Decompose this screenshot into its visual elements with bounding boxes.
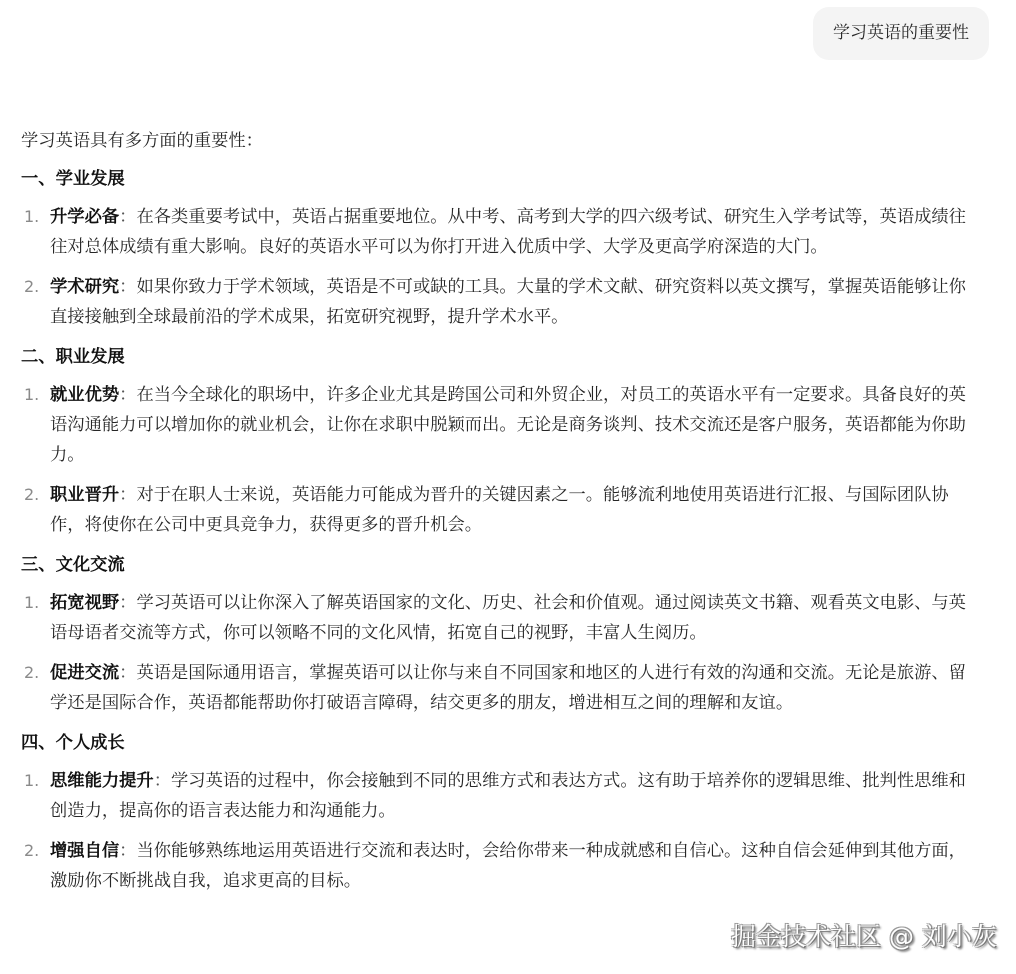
list-number: 2. (24, 480, 39, 510)
item-term: 学术研究 (50, 277, 119, 297)
list-item: 1. 思维能力提升：学习英语的过程中，你会接触到不同的思维方式和表达方式。这有助… (21, 766, 981, 826)
list-number: 2. (24, 272, 39, 302)
item-separator: ： (119, 277, 136, 297)
item-separator: ： (119, 485, 136, 505)
item-text: 学习英语可以让你深入了解英语国家的文化、历史、社会和价值观。通过阅读英文书籍、观… (50, 593, 966, 643)
user-message-bubble: 学习英语的重要性 (813, 7, 989, 60)
section-list-career: 1. 就业优势：在当今全球化的职场中，许多企业尤其是跨国公司和外贸企业，对员工的… (21, 380, 981, 540)
list-number: 1. (24, 588, 39, 618)
item-text: 对于在职人士来说，英语能力可能成为晋升的关键因素之一。能够流利地使用英语进行汇报… (50, 485, 949, 535)
list-number: 1. (24, 202, 39, 232)
list-number: 2. (24, 658, 39, 688)
item-term: 思维能力提升 (50, 771, 154, 791)
list-number: 1. (24, 380, 39, 410)
item-text: 英语是国际通用语言，掌握英语可以让你与来自不同国家和地区的人进行有效的沟通和交流… (50, 663, 966, 713)
item-term: 升学必备 (50, 207, 119, 227)
item-text: 学习英语的过程中，你会接触到不同的思维方式和表达方式。这有助于培养你的逻辑思维、… (50, 771, 966, 821)
item-text: 当你能够熟练地运用英语进行交流和表达时，会给你带来一种成就感和自信心。这种自信会… (50, 841, 966, 891)
list-number: 2. (24, 836, 39, 866)
list-item: 1. 拓宽视野：学习英语可以让你深入了解英语国家的文化、历史、社会和价值观。通过… (21, 588, 981, 648)
list-item: 1. 升学必备：在各类重要考试中，英语占据重要地位。从中考、高考到大学的四六级考… (21, 202, 981, 262)
item-term: 促进交流 (50, 663, 119, 683)
item-text: 如果你致力于学术领域，英语是不可或缺的工具。大量的学术文献、研究资料以英文撰写，… (50, 277, 966, 327)
section-title-personal: 四、个人成长 (21, 728, 981, 758)
section-title-career: 二、职业发展 (21, 342, 981, 372)
item-separator: ： (119, 385, 136, 405)
item-text: 在当今全球化的职场中，许多企业尤其是跨国公司和外贸企业，对员工的英语水平有一定要… (50, 385, 966, 465)
section-title-academic: 一、学业发展 (21, 164, 981, 194)
item-separator: ： (119, 841, 136, 861)
list-item: 2. 增强自信：当你能够熟练地运用英语进行交流和表达时，会给你带来一种成就感和自… (21, 836, 981, 896)
item-term: 增强自信 (50, 841, 119, 861)
item-text: 在各类重要考试中，英语占据重要地位。从中考、高考到大学的四六级考试、研究生入学考… (50, 207, 966, 257)
item-separator: ： (119, 593, 136, 613)
section-list-personal: 1. 思维能力提升：学习英语的过程中，你会接触到不同的思维方式和表达方式。这有助… (21, 766, 981, 896)
item-term: 拓宽视野 (50, 593, 119, 613)
list-number: 1. (24, 766, 39, 796)
item-separator: ： (119, 663, 136, 683)
watermark: 掘金技术社区 @ 刘小灰 (731, 917, 997, 953)
item-separator: ： (119, 207, 136, 227)
section-list-academic: 1. 升学必备：在各类重要考试中，英语占据重要地位。从中考、高考到大学的四六级考… (21, 202, 981, 332)
answer-intro: 学习英语具有多方面的重要性： (21, 126, 981, 156)
list-item: 2. 职业晋升：对于在职人士来说，英语能力可能成为晋升的关键因素之一。能够流利地… (21, 480, 981, 540)
item-term: 就业优势 (50, 385, 119, 405)
item-term: 职业晋升 (50, 485, 119, 505)
section-title-culture: 三、文化交流 (21, 550, 981, 580)
assistant-answer: 学习英语具有多方面的重要性： 一、学业发展 1. 升学必备：在各类重要考试中，英… (21, 126, 981, 906)
item-separator: ： (154, 771, 171, 791)
list-item: 2. 促进交流：英语是国际通用语言，掌握英语可以让你与来自不同国家和地区的人进行… (21, 658, 981, 718)
section-list-culture: 1. 拓宽视野：学习英语可以让你深入了解英语国家的文化、历史、社会和价值观。通过… (21, 588, 981, 718)
list-item: 2. 学术研究：如果你致力于学术领域，英语是不可或缺的工具。大量的学术文献、研究… (21, 272, 981, 332)
list-item: 1. 就业优势：在当今全球化的职场中，许多企业尤其是跨国公司和外贸企业，对员工的… (21, 380, 981, 470)
